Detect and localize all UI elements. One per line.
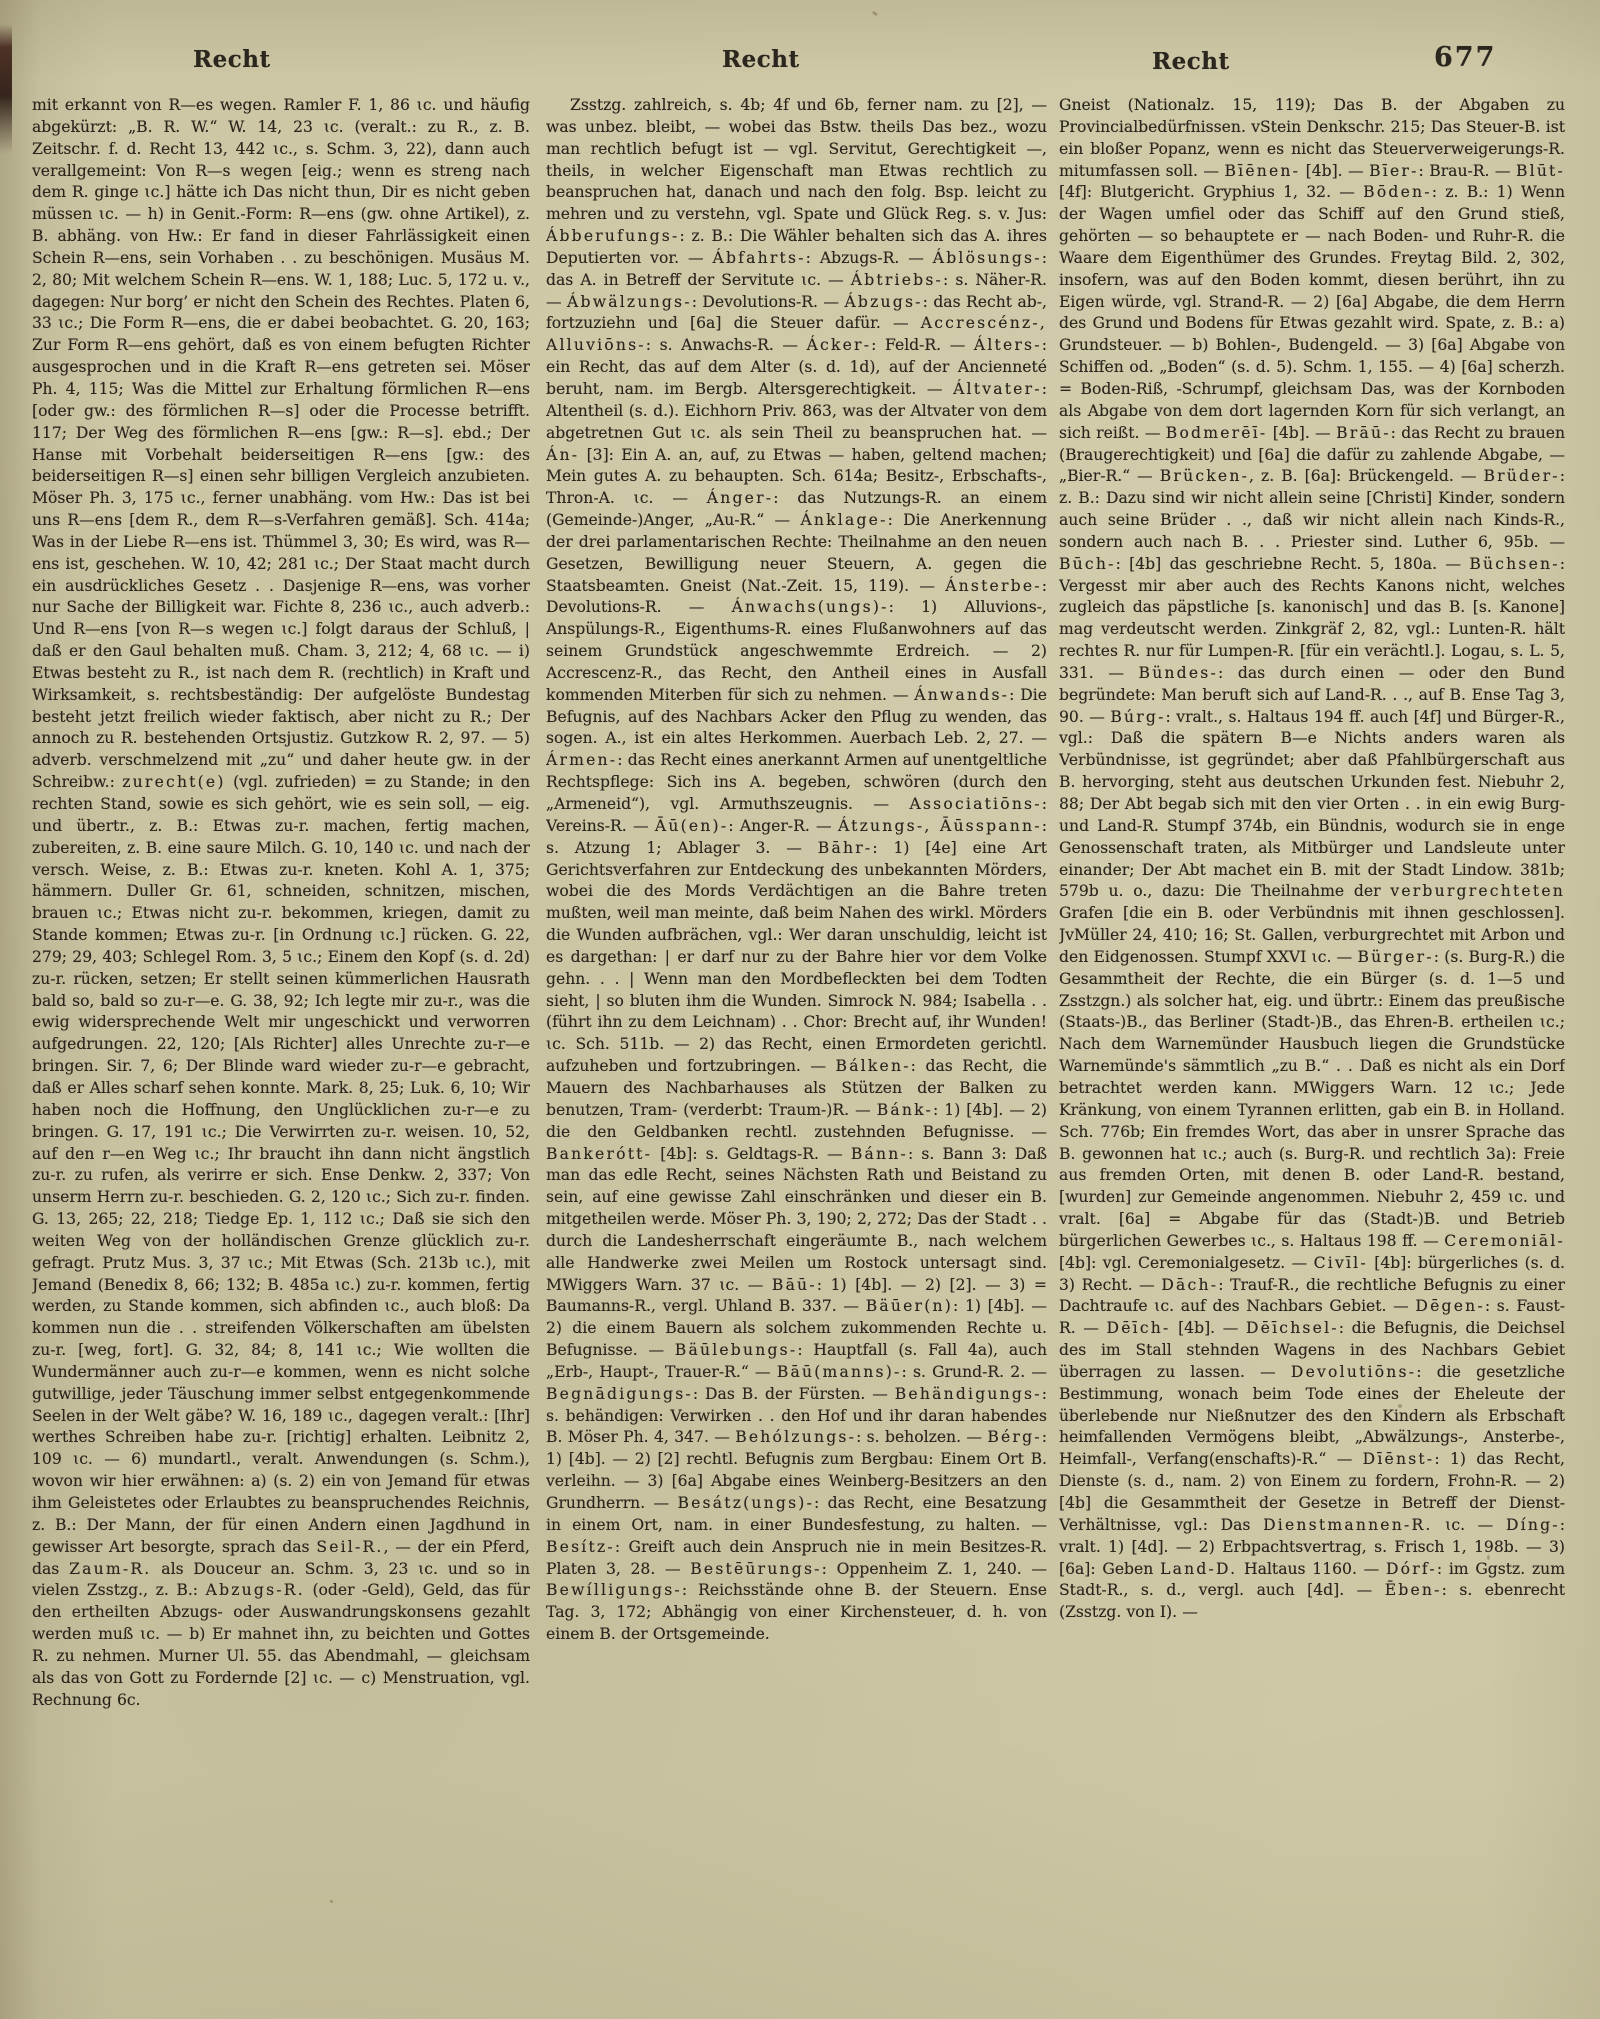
body-text: [4b]: s. Geldtags-R. —	[652, 1145, 851, 1163]
headword-text: Būch-	[1059, 555, 1116, 573]
headword-text: Búrg-	[1110, 708, 1165, 726]
body-text: (vgl. zufrieden) = zu Stande; in den rec…	[32, 773, 530, 1556]
body-text: : Brau-R. —	[1419, 162, 1516, 180]
headword-text: Abzugs-R.	[206, 1581, 305, 1599]
headword-text: Dīēnst-	[1363, 1450, 1435, 1468]
headword-text: Ábzugs-	[844, 293, 922, 311]
headword-text: Bäūlebungs-	[675, 1341, 798, 1359]
headword-text: Ánsterbe-	[945, 577, 1042, 595]
headword-text: Bewílligungs-	[546, 1581, 682, 1599]
headword-text: Átzungs-, Āūsspann-	[838, 817, 1042, 835]
headword-text: Ánger-	[707, 489, 773, 507]
body-text: : Das B. der Fürsten. —	[693, 1385, 895, 1403]
headword-text: Bestēūrungs-	[690, 1560, 821, 1578]
body-text: Zsstzg. zahlreich, s. 4b; 4f und 6b, fer…	[546, 96, 1047, 223]
headword-text: Besítz-	[546, 1538, 615, 1556]
headword-text: Ábberufungs-	[546, 227, 679, 245]
body-text: Haltaus 1160. —	[1237, 1560, 1386, 1578]
headword-text: Bīer-	[1369, 162, 1418, 180]
paper-speck	[330, 1900, 333, 1903]
headword-text: Bodmerēī-	[1166, 424, 1268, 442]
headword-text: Dēīchsel-	[1246, 1319, 1339, 1337]
headword-text: Dórf-	[1386, 1560, 1437, 1578]
paper-speck	[872, 11, 879, 17]
body-text: : s. beholzen. —	[856, 1428, 987, 1446]
body-text: : (s. Burg-R.) die Gesammtheit der Recht…	[1059, 948, 1565, 1250]
headword-text: Bōden-	[1363, 183, 1432, 201]
headword-text: Land-D.	[1160, 1560, 1237, 1578]
headword-text: Álters-	[974, 336, 1042, 354]
headword-text: Behólzungs-	[735, 1428, 856, 1446]
body-text: : s. Anwachs-R. —	[646, 336, 807, 354]
headword-text: Zaum-R.	[69, 1560, 151, 1578]
headword-text: Ceremoniāl-	[1444, 1232, 1565, 1250]
headword-text: Bāū-	[772, 1276, 817, 1294]
headword-text: Seil-R.	[316, 1538, 383, 1556]
headword-text: Áblösungs-	[933, 249, 1042, 267]
headword-text: Bálken-	[836, 1057, 911, 1075]
text-column-1: mit erkannt von R—es wegen. Ramler F. 1,…	[32, 95, 530, 1883]
headword-text: Brücken-	[1160, 467, 1249, 485]
headword-text: Bérg-	[987, 1428, 1041, 1446]
headword-text: Associatiōns-	[910, 795, 1042, 813]
text-column-3: Gneist (Nationalz. 15, 119); Das B. der …	[1059, 95, 1565, 1883]
headword-text: Bāū(manns)-	[777, 1363, 902, 1381]
headword-text: verburgrechteten	[1390, 882, 1565, 900]
body-text: [4b]: vgl. Ceremonialgesetz. —	[1059, 1254, 1314, 1272]
headword-text: Brāū-	[1336, 424, 1391, 442]
headword-text: Civīl-	[1314, 1254, 1368, 1272]
body-text: : Anger-R. —	[728, 817, 838, 835]
page-number: 677	[1434, 42, 1496, 73]
headword-text: Brüder-	[1483, 467, 1559, 485]
body-text: : Feld-R. —	[871, 336, 974, 354]
body-text: ɩc. —	[1433, 1516, 1506, 1534]
body-text: [4b]. —	[1267, 424, 1336, 442]
body-text: : 1) [4e] eine Art Gerichtsverfahren zur…	[546, 839, 1047, 1075]
headword-text: Bankerótt-	[546, 1145, 652, 1163]
body-text: mit erkannt von R—es wegen. Ramler F. 1,…	[32, 96, 530, 791]
body-text: : Devolutions-R. —	[692, 293, 845, 311]
headword-text: Devolutiōns-	[1291, 1363, 1416, 1381]
headword-text: Ánklage-	[800, 511, 887, 529]
headword-text: Bündes-	[1139, 664, 1218, 682]
headword-text: Dienstmannen-R.	[1263, 1516, 1432, 1534]
headword-text: Büchsen-	[1469, 555, 1559, 573]
headword-text: zurecht(e)	[122, 773, 225, 791]
body-text: [4b]. —	[1300, 162, 1369, 180]
body-text: : Vergesst mir aber auch des Rechts Kano…	[1059, 555, 1565, 682]
text-column-2: Zsstzg. zahlreich, s. 4b; 4f und 6b, fer…	[546, 95, 1047, 1883]
running-head-right: Recht	[1152, 48, 1230, 75]
scan-gutter-shadow	[0, 24, 12, 154]
headword-text: Ábfahrts-	[713, 249, 806, 267]
body-text: : s. Bann 3: Daß man das edle Recht, sei…	[546, 1145, 1047, 1294]
body-text: [4f]: Blutgericht. Gryphius 1, 32. —	[1059, 183, 1363, 201]
body-text: : z. B.: 1) Wenn der Wagen umfiel oder d…	[1059, 183, 1565, 441]
headword-text: Án-	[546, 446, 579, 464]
body-text: [4b]. —	[1170, 1319, 1245, 1337]
headword-text: Ármen-	[546, 751, 617, 769]
running-head-center: Recht	[722, 46, 800, 73]
headword-text: Dāch-	[1161, 1276, 1218, 1294]
headword-text: Blūt-	[1516, 162, 1565, 180]
headword-text: Āū(en)-	[655, 817, 728, 835]
headword-text: Ábwälzungs-	[567, 293, 692, 311]
dictionary-scan-page: { "page": { "running_heads": ["Recht", "…	[0, 0, 1600, 2019]
headword-text: Bīēnen-	[1224, 162, 1300, 180]
body-text: : Oppenheim Z. 1, 240. —	[822, 1560, 1047, 1578]
body-text: : Abzugs-R. —	[806, 249, 933, 267]
headword-text: Ánwachs(ungs)-	[732, 598, 889, 616]
headword-text: Díng-	[1506, 1516, 1560, 1534]
headword-text: Bäūer(n)	[866, 1297, 953, 1315]
body-text: : vralt., s. Haltaus 194 ff. auch [4f] u…	[1059, 708, 1565, 901]
headword-text: Ácker-	[807, 336, 872, 354]
headword-text: Dēgen-	[1415, 1297, 1484, 1315]
headword-text: Begnādigungs-	[546, 1385, 693, 1403]
body-text: , z. B. [6a]: Brückengeld. —	[1249, 467, 1483, 485]
headword-text: Bánn-	[851, 1145, 908, 1163]
headword-text: Ánwands-	[914, 686, 1009, 704]
headword-text: Ábtriebs-	[851, 271, 943, 289]
headword-text: Bánk-	[877, 1101, 933, 1119]
headword-text: Ēben-	[1385, 1581, 1442, 1599]
headword-text: Behändigungs-	[895, 1385, 1042, 1403]
headword-text: Bürger-	[1357, 948, 1433, 966]
body-text: : s. Grund-R. 2. —	[901, 1363, 1047, 1381]
headword-text: Dēīch-	[1107, 1319, 1171, 1337]
body-text: (oder -Geld), Geld, das für den ertheilt…	[32, 1581, 530, 1708]
headword-text: Bāhr-	[818, 839, 873, 857]
body-text: : [4b] das geschriebne Recht. 5, 180a. —	[1116, 555, 1470, 573]
headword-text: Besátz(ungs)-	[677, 1494, 814, 1512]
headword-text: Áltvater-	[953, 380, 1042, 398]
running-head-left: Recht	[193, 46, 271, 73]
